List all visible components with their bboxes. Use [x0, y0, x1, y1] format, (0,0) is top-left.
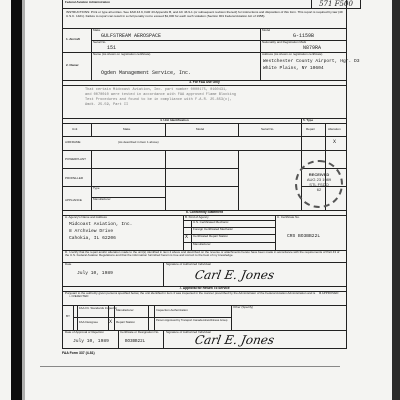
type-section-label: 5. Type — [303, 119, 313, 122]
appliance-manufacturer-label: Manufacturer — [93, 198, 111, 201]
faa-use-line: Amdt. 25-59, Part II — [85, 103, 335, 108]
divider — [63, 168, 238, 169]
approval-statement-text: Pursuant to the authority given persons … — [65, 291, 315, 295]
certificate-no[interactable]: CRS BO3BB22L — [287, 234, 320, 240]
agency-name[interactable]: Midcoast Aviation, Inc. — [69, 222, 132, 228]
repair-station-approval-checkbox[interactable]: X — [109, 319, 112, 325]
col-serial: Serial No. — [261, 128, 274, 131]
kind-repair-station[interactable]: Certificated Repair Station — [193, 235, 228, 238]
scan-artifact-line — [40, 366, 340, 367]
divider — [63, 150, 346, 151]
cert-designation-label: Certificate or Designation No. — [120, 331, 160, 334]
rejected-label: REJECTED — [73, 294, 89, 298]
agency-name-label: A. Agency's Name and Address — [65, 216, 107, 219]
divider — [73, 317, 231, 318]
received-stamp: RECEIVED AUG 23 1989 STL FSDO 62 — [295, 160, 343, 208]
divider — [63, 186, 238, 187]
owner-address-line2[interactable]: White Plains, NY 10604 — [263, 66, 324, 72]
approval-date-label: Date of Approval or Rejection — [65, 331, 104, 334]
owner-address-label: Address (As shown on registration certif… — [262, 53, 322, 56]
agency-header: Federal Aviation Administration — [65, 1, 110, 4]
certification-statement: D. I certify that the repair and/or alte… — [65, 251, 343, 258]
form-number-label: FAA Form 337 (4-81) — [62, 351, 95, 355]
approval-date[interactable]: July 10, 1989 — [73, 339, 109, 345]
opt-transport-canada[interactable]: Person Approved by Transport Canada Airw… — [156, 319, 227, 322]
unit-appliance: APPLIANCE — [65, 199, 82, 202]
serial-field[interactable]: 151 — [107, 45, 116, 51]
kind-manufacturer[interactable]: Manufacturer — [193, 243, 211, 246]
divider — [63, 85, 346, 86]
col-alteration: Alteration — [328, 128, 341, 131]
approved-label: APPROVED — [322, 291, 339, 295]
owner-address-line1[interactable]: Westchester County Airport, Hgr. D3 — [263, 59, 360, 65]
col-unit: Unit — [72, 128, 77, 131]
divider — [163, 330, 164, 348]
stamp-number: 62 — [297, 187, 341, 192]
divider — [238, 150, 239, 210]
registration-field[interactable]: N879RA — [303, 45, 321, 51]
make-label: Make — [93, 29, 100, 32]
divider — [91, 28, 92, 80]
rejected-checkbox[interactable]: ☐ — [69, 294, 72, 298]
scan-edge-shadow-left — [22, 0, 25, 400]
scan-edge-dark-left — [11, 0, 22, 400]
divider — [91, 40, 346, 41]
approval-statement: Pursuant to the authority given persons … — [65, 292, 343, 299]
agency-address2[interactable]: Cahokia, IL 62206 — [69, 236, 116, 242]
kind-foreign-mechanic[interactable]: Foreign Certificated Mechanic — [193, 228, 233, 231]
faa-use-text: That certain Midcoast Aviation, Inc. par… — [85, 88, 335, 108]
unit-id-section-label: 4. Unit Identification — [160, 119, 189, 122]
divider — [163, 262, 164, 286]
kind-of-agency-label: B. Kind of Agency — [185, 216, 209, 219]
cert-designation-no[interactable]: BO3BB22L — [125, 339, 145, 345]
instructions-text: INSTRUCTIONS: Print or type all entries.… — [66, 10, 344, 18]
appliance-type-label: Type — [93, 187, 100, 190]
certification-date[interactable]: July 10, 1989 — [77, 271, 113, 277]
divider — [165, 150, 166, 210]
opt-manufacturer[interactable]: Manufacturer — [116, 309, 134, 312]
opt-faa-inspector[interactable]: FAA Flt. Standards Inspector — [79, 307, 117, 310]
col-make: Make — [123, 128, 130, 131]
aircraft-section-label: 1. Aircraft — [66, 38, 80, 41]
conformity-signature: Carl E. Jones — [194, 268, 276, 282]
col-model: Model — [196, 128, 204, 131]
unit-propeller: PROPELLER — [65, 177, 83, 180]
certificate-no-label: C. Certificate No. — [277, 216, 300, 219]
owner-name-label: Name (As shown on registration certifica… — [93, 53, 150, 56]
by-label: BY — [66, 315, 70, 318]
divider — [91, 123, 92, 136]
agency-address1[interactable]: 8 Archview Drive — [69, 229, 113, 235]
scan-edge-dark-right — [392, 0, 400, 400]
owner-section-label: 2. Owner — [66, 64, 79, 67]
divider — [260, 28, 261, 80]
divider — [63, 28, 346, 29]
signature-label: Signature of Authorized Individual — [166, 263, 211, 266]
opt-inspection-authorization[interactable]: Inspection Authorization — [156, 309, 188, 312]
model-label: Model — [262, 29, 270, 32]
divider — [63, 8, 346, 9]
unit-airframe: AIRFRAME — [65, 141, 81, 144]
approval-signature: Carl E. Jones — [194, 333, 276, 347]
opt-faa-designee[interactable]: FAA Designee — [79, 321, 98, 324]
airframe-description: (As described in Item 1 above) — [118, 141, 159, 144]
unit-powerplant: POWERPLANT — [65, 158, 86, 161]
divider — [238, 123, 239, 136]
owner-name-field[interactable]: Ogden Management Service, Inc. — [101, 70, 191, 76]
repair-station-checkbox[interactable]: X — [185, 234, 188, 240]
date-label: Date — [65, 263, 71, 266]
kind-us-mechanic[interactable]: U.S. Certificated Mechanic — [193, 221, 229, 224]
opt-repair-station[interactable]: Repair Station — [116, 321, 135, 324]
divider — [165, 123, 166, 136]
divider — [275, 215, 276, 250]
col-repair: Repair — [306, 128, 315, 131]
divider — [191, 220, 192, 250]
serial-label: Serial No. — [93, 41, 106, 44]
divider — [63, 136, 346, 137]
divider — [231, 305, 232, 330]
faa-form-337: Federal Aviation Administration 571 F500… — [62, 0, 347, 349]
divider — [91, 150, 92, 210]
make-field[interactable]: GULFSTREAM AEROSPACE — [101, 33, 161, 39]
divider — [118, 330, 119, 348]
airframe-alteration-mark[interactable]: X — [333, 139, 336, 145]
opt-other[interactable]: Other (Specify) — [233, 306, 253, 309]
model-field[interactable]: G-1159B — [293, 33, 314, 39]
divider — [63, 123, 346, 124]
nationality-label: Nationality and Registration Mark — [262, 41, 306, 44]
